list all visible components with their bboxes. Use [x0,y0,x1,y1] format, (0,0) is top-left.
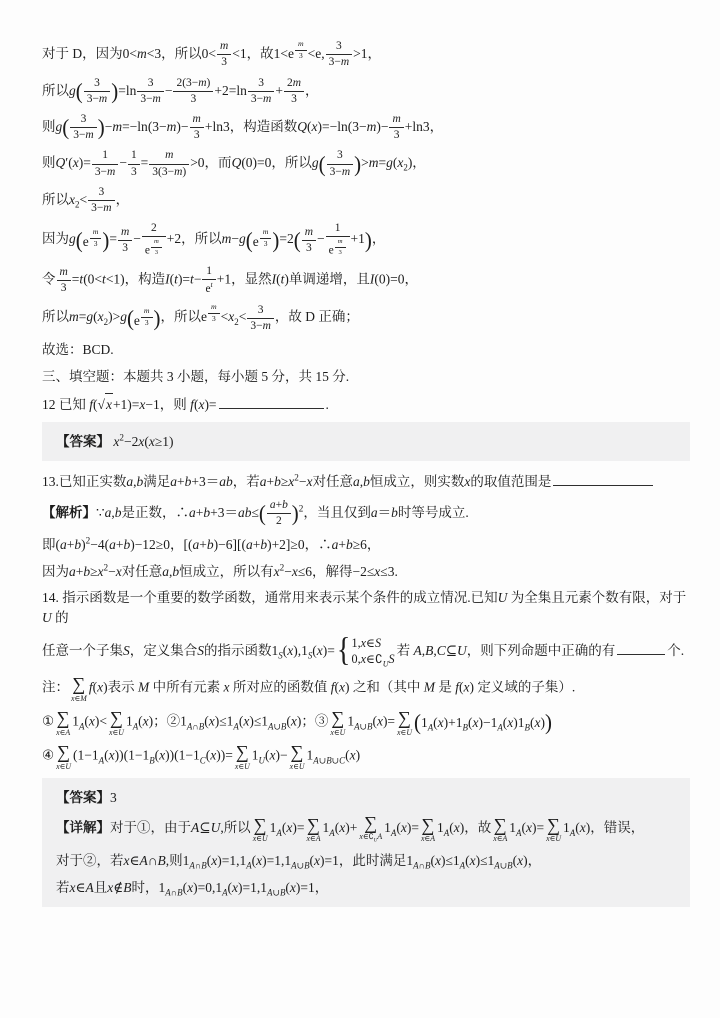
superscript: m3 [334,242,347,251]
fraction-denominator: 3 [389,128,403,142]
blank-underline [553,474,653,486]
subscript: A [428,723,433,733]
document-line: 即(a+b)2−4(a+b)−12≥0，[(a+b)−6][(a+b)+2]≥0… [42,535,690,555]
fraction-denominator: em3 [326,237,350,258]
document-line: 则Q′(x)=13−m−13=m3(3−m)>0，而Q(0)=0，所以g(33−… [42,149,690,178]
sigma-icon: ∑ [494,816,507,834]
radicand: x [105,393,113,415]
summation: ∑x∈A [493,816,507,843]
fraction-denominator: 3−m [247,319,274,333]
document-line: 12 已知 f(√x+1)=x−1，则 f(x)=. [42,393,690,415]
fraction-denominator: 2 [267,514,291,528]
document-line: 【答案】3 [56,788,676,808]
fraction-numerator: 1 [326,222,350,237]
sigma-icon: ∑ [110,709,123,727]
summation-limit: x∈U [253,835,268,843]
left-paren-icon: ( [414,712,421,735]
summation: ∑x∈M [71,675,87,702]
subscript: A [99,756,104,766]
paren-content: 33−m [326,149,355,178]
fraction-numerator: 3 [326,40,353,55]
summation: ∑x∈U [56,743,71,770]
fraction-numerator: m [141,307,153,318]
summation: ∑x∈∁UA [359,814,382,844]
paragraph-block: 13.已知正实数a,b满足a+b+3＝ab，若a+b≥x2−x对任意a,b恒成立… [42,472,690,770]
superscript: 2 [86,536,91,546]
summation: ∑x∈U [235,743,250,770]
subscript: A [444,828,449,838]
right-paren-icon: ) [272,229,279,252]
summation-limit: x∈U [109,729,124,737]
document-line: 注：∑x∈Mf(x)表示 M 中所有元素 x 所对应的函数值 f(x) 之和（其… [42,675,690,702]
document-line: 对于②，若x∈A∩B,则1A∩B(x)=1,1A(x)=1,1A∪B(x)=1，… [56,851,676,871]
paren-content: 33−m [83,77,112,106]
fraction-numerator: 3 [84,77,111,92]
subscript: A [329,828,334,838]
answer-box: 【答案】3【详解】对于①，由于A⊆U,所以∑x∈U1A(x)=∑x∈A1A(x)… [42,778,690,908]
subscript: 2 [403,163,407,173]
left-paren-icon: ( [76,80,83,103]
section-label: 【详解】 [56,820,110,835]
fraction-numerator: m [190,113,204,128]
subscript: A [276,828,281,838]
document-line: 对于 D，因为0<m<3，所以0<m3<1，故1<em3<e,33−m>1， [42,40,690,70]
fraction-numerator: m [295,40,307,51]
fraction-denominator: 3−m [88,201,115,215]
fraction-denominator: 3 [90,239,102,249]
superscript: m3 [89,233,103,243]
radical-icon: √ [98,395,105,415]
superscript: 2 [280,562,285,572]
subscript: A∪B [268,722,286,732]
subscript: A∩B [165,887,182,897]
right-paren-icon: ) [292,502,299,525]
fraction: 2(3−m)3 [173,77,213,106]
fraction: 33−m [84,77,111,106]
superscript: 2 [299,503,304,513]
fraction-denominator: 3 [302,241,316,255]
summation: ∑x∈U [330,709,345,736]
fraction-numerator: m [149,149,189,164]
superscript: m3 [259,233,273,243]
subscript: A [246,861,251,871]
superscript: t [211,280,213,289]
subscript: 2 [75,199,79,209]
subscript: C [200,756,206,766]
fraction-denominator: 3−m [326,55,353,69]
fraction-numerator: 2 [142,222,166,237]
summation-limit: x∈A [421,835,435,843]
right-paren-icon: ) [365,229,372,252]
document-line: 13.已知正实数a,b满足a+b+3＝ab，若a+b≥x2−x对任意a,b恒成立… [42,472,690,492]
fraction-denominator: 3 [118,241,132,255]
fraction-denominator: em3 [142,237,166,258]
left-paren-icon: ( [62,116,69,139]
summation: ∑x∈U [290,743,305,770]
superscript: m3 [150,242,163,251]
subscript: A∩B [189,861,206,871]
subscript: B [463,723,468,733]
sigma-icon: ∑ [364,814,377,832]
paragraph-block: 对于 D，因为0<m<3，所以0<m3<1，故1<em3<e,33−m>1，所以… [42,40,690,415]
paren-content: em3 [83,228,103,252]
fraction-denominator: 3 [295,51,307,61]
left-paren-icon: ( [259,502,266,525]
subscript: 2 [234,317,238,327]
paren-group: (m3−1em3+1) [294,222,372,258]
answer-box: 【答案】 x2−2x(x≥1) [42,422,690,462]
subscript: B [149,756,154,766]
fraction: m3 [57,266,71,295]
paren-content: em3 [253,228,273,252]
subscript: A∪B [291,861,309,871]
superscript: 2 [104,562,109,572]
summation: ∑x∈A [421,816,435,843]
document-line: 因为a+b≥x2−x对任意a,b恒成立，所以有x2−x≤6，解得−2≤x≤3. [42,562,690,582]
right-paren-icon: ) [98,116,105,139]
subscript: U [259,756,265,766]
paren-group: (em3) [127,307,161,331]
cases-rows: 1,x∈S0,x∈∁US [352,635,395,669]
subscript: 2 [104,317,108,327]
fraction-denominator: 3 [190,128,204,142]
superscript: m3 [294,45,308,55]
paren-group: (1A(x)+1B(x)−1A(x)1B(x)) [414,712,552,733]
document-line: 所以g(33−m)=ln33−m−2(3−m)3+2=ln33−m+2m3， [42,77,690,106]
fraction-numerator: m [389,113,403,128]
fraction: m3 [151,238,162,256]
summation-limit: x∈∁UA [359,833,382,844]
fraction: m3 [335,238,346,256]
fraction: 2m3 [284,77,304,106]
fraction: 1et [202,265,215,296]
subscript: A [516,828,521,838]
section-label: 【解析】 [42,505,96,520]
document-line: 因为g(em3)=m3−2em3+2，所以m−g(em3)=2(m3−1em3+… [42,222,690,258]
document-line: 14. 指示函数是一个重要的数学函数，通常用来表示某个条件的成立情况.已知U 为… [42,588,690,627]
right-paren-icon: ) [545,712,552,735]
right-paren-icon: ) [102,229,109,252]
superscript: 2 [294,473,299,483]
fraction-denominator: 3−m [327,165,354,179]
summation-limit: x∈U [290,763,305,771]
document-line: 则g(33−m)−m=−ln(3−m)−m3+ln3，构造函数Q(x)=−ln(… [42,113,690,142]
cases-group: {1,x∈S0,x∈∁US [337,635,395,669]
left-paren-icon: ( [294,229,301,252]
fraction-numerator: m [302,226,316,241]
cases-row: 1,x∈S [352,635,395,651]
sigma-icon: ∑ [398,709,411,727]
summation-limit: x∈A [493,835,507,843]
fraction: m3 [295,40,307,61]
summation: ∑x∈U [109,709,124,736]
fraction-denominator: 3 [260,239,272,249]
sqrt-radical: √x [98,393,113,415]
document-line: 三、填空题：本题共 3 小题，每小题 5 分，共 15 分. [42,367,690,387]
fraction: 1em3 [326,222,350,258]
paren-content: 33−m [69,113,98,142]
sigma-icon: ∑ [236,743,249,761]
fraction-numerator: 1 [202,265,215,280]
fraction-numerator: m [118,226,132,241]
fraction-numerator: m [57,266,71,281]
fraction-denominator: 3(3−m) [149,165,189,179]
subscript: A [233,722,238,732]
fraction: 33−m [247,304,274,333]
fraction: a+b2 [267,499,291,528]
paren-content: 1A(x)+1B(x)−1A(x)1B(x) [421,713,545,733]
fraction-numerator: 3 [88,186,115,201]
sigma-icon: ∑ [547,816,560,834]
fraction: m3 [389,113,403,142]
fraction-numerator: 3 [248,77,275,92]
fraction-numerator: 3 [327,149,354,164]
sigma-icon: ∑ [72,675,85,693]
document-line: 故选：BCD. [42,340,690,360]
fraction-numerator: 1 [92,149,119,164]
fraction: 33−m [88,186,115,215]
summation-limit: x∈U [56,763,71,771]
document-line: 若x∈A且x∉B时，1A∩B(x)=0,1A(x)=1,1A∪B(x)=1， [56,878,676,898]
document-line: 任意一个子集S，定义集合S的指示函数1S(x),1S(x)={1,x∈S0,x∈… [42,635,690,669]
superscript: 2 [119,432,124,442]
fraction: 2em3 [142,222,166,258]
brace-icon: { [337,634,351,668]
sigma-icon: ∑ [57,709,70,727]
subscript: A∩B [187,722,204,732]
fraction-denominator: 3 [208,314,220,324]
subscript: A∪B [494,861,512,871]
summation-limit: x∈A [56,729,70,737]
document-line: 【答案】 x2−2x(x≥1) [56,432,676,452]
summation: ∑x∈A [56,709,70,736]
fraction-numerator: m [151,238,162,248]
fraction-denominator: 3−m [137,92,164,106]
fraction-numerator: 3 [247,304,274,319]
subscript: A∩B [413,861,430,871]
subscript: S [308,650,312,660]
fraction-denominator: 3 [57,281,71,295]
fraction: m3(3−m) [149,149,189,178]
fraction: 33−m [70,113,97,142]
fraction-numerator: m [208,303,220,314]
subscript: A [497,723,502,733]
fraction-numerator: m [260,228,272,239]
sigma-icon: ∑ [291,743,304,761]
document-page: 对于 D，因为0<m<3，所以0<m3<1，故1<em3<e,33−m>1，所以… [0,0,720,1018]
blank-underline [617,642,665,654]
subscript: S [278,650,282,660]
left-paren-icon: ( [76,229,83,252]
fraction-numerator: 3 [137,77,164,92]
section-label: 【答案】 [56,790,110,805]
fraction-numerator: 2m [284,77,304,92]
fraction-numerator: 1 [128,149,140,164]
document-line: 所以x2<33−m， [42,186,690,215]
fraction: 13 [128,149,140,178]
subscript: A [460,861,465,871]
fraction-denominator: 3 [284,92,304,106]
fraction: m3 [217,40,231,69]
fraction: 33−m [326,40,353,69]
left-paren-icon: ( [319,153,326,176]
blank-underline [219,397,324,409]
paren-group: (33−m) [76,77,118,106]
fraction-denominator: 3 [173,92,213,106]
fraction-denominator: 3−m [70,128,97,142]
fraction-denominator: 3 [335,248,346,257]
fraction: m3 [118,226,132,255]
paren-group: (33−m) [319,149,361,178]
summation-limit: x∈U [235,763,250,771]
subscript: A∪B [267,887,285,897]
fraction-numerator: m [90,228,102,239]
section-label: 【答案】 [56,434,110,449]
fraction-numerator: m [335,238,346,248]
right-paren-icon: ) [111,80,118,103]
fraction-numerator: a+b [267,499,291,514]
summation-limit: x∈U [397,729,412,737]
fraction-denominator: 3 [217,55,231,69]
fraction-denominator: et [202,280,215,296]
document-line: 【解析】∵a,b是正数，∴a+b+3＝ab≤(a+b2)2，当且仅到a＝b时等号… [42,499,690,528]
document-line: 【详解】对于①，由于A⊆U,所以∑x∈U1A(x)=∑x∈A1A(x)+∑x∈∁… [56,814,676,844]
summation-limit: x∈U [330,729,345,737]
document-line: 令m3=t(0<t<1)，构造I(t)=t−1et+1，显然I(t)单调递增，且… [42,265,690,296]
subscript: A∪B∪C [313,756,345,766]
fraction: m3 [260,228,272,249]
paren-content: em3 [134,307,154,331]
left-paren-icon: ( [127,307,134,330]
paren-group: (a+b2) [259,499,299,528]
summation-limit: x∈A [306,835,320,843]
superscript: m3 [207,308,221,318]
fraction: 33−m [137,77,164,106]
fraction-denominator: 3 [151,248,162,257]
fraction-numerator: m [217,40,231,55]
sigma-icon: ∑ [331,709,344,727]
summation: ∑x∈A [306,816,320,843]
sigma-icon: ∑ [421,816,434,834]
fraction-numerator: 2(3−m) [173,77,213,92]
paren-group: (em3) [76,228,110,252]
fraction-denominator: 3−m [84,92,111,106]
paren-group: (em3) [246,228,280,252]
summation-limit: x∈U [546,835,561,843]
subscript: A [570,828,575,838]
fraction: 33−m [327,149,354,178]
fraction: m3 [208,303,220,324]
fraction-denominator: 3−m [248,92,275,106]
summation: ∑x∈U [546,816,561,843]
fraction: 33−m [248,77,275,106]
right-paren-icon: ) [154,307,161,330]
fraction-denominator: 3−m [92,165,119,179]
fraction-denominator: 3 [128,165,140,179]
paren-content: m3−1em3+1 [301,222,365,258]
fraction: m3 [90,228,102,249]
fraction: 13−m [92,149,119,178]
fraction: m3 [141,307,153,328]
subscript: A [133,722,138,732]
fraction-denominator: 3 [141,318,153,328]
superscript: m3 [140,311,154,321]
summation-limit: x∈M [71,695,87,703]
subscript: A [79,722,84,732]
subscript: B [525,723,530,733]
subscript: A∪B [354,722,372,732]
paren-group: (33−m) [62,113,104,142]
paren-content: a+b2 [266,499,292,528]
summation: ∑x∈U [253,816,268,843]
sigma-icon: ∑ [254,816,267,834]
left-paren-icon: ( [246,229,253,252]
sigma-icon: ∑ [57,743,70,761]
sigma-icon: ∑ [307,816,320,834]
document-line: ①∑x∈A1A(x)<∑x∈U1A(x)；②1A∩B(x)≤1A(x)≤1A∪B… [42,709,690,736]
summation: ∑x∈U [397,709,412,736]
cases-row: 0,x∈∁US [352,651,395,668]
fraction: m3 [302,226,316,255]
subscript: A [222,887,227,897]
fraction-numerator: 3 [70,113,97,128]
subscript: A [391,828,396,838]
document-line: ④∑x∈U(1−1A(x))(1−1B(x))(1−1C(x))=∑x∈U1U(… [42,743,690,770]
document-line: 所以m=g(x2)>g(em3)，所以em3<x2<33−m，故 D 正确； [42,303,690,333]
right-paren-icon: ) [354,153,361,176]
fraction: m3 [190,113,204,142]
